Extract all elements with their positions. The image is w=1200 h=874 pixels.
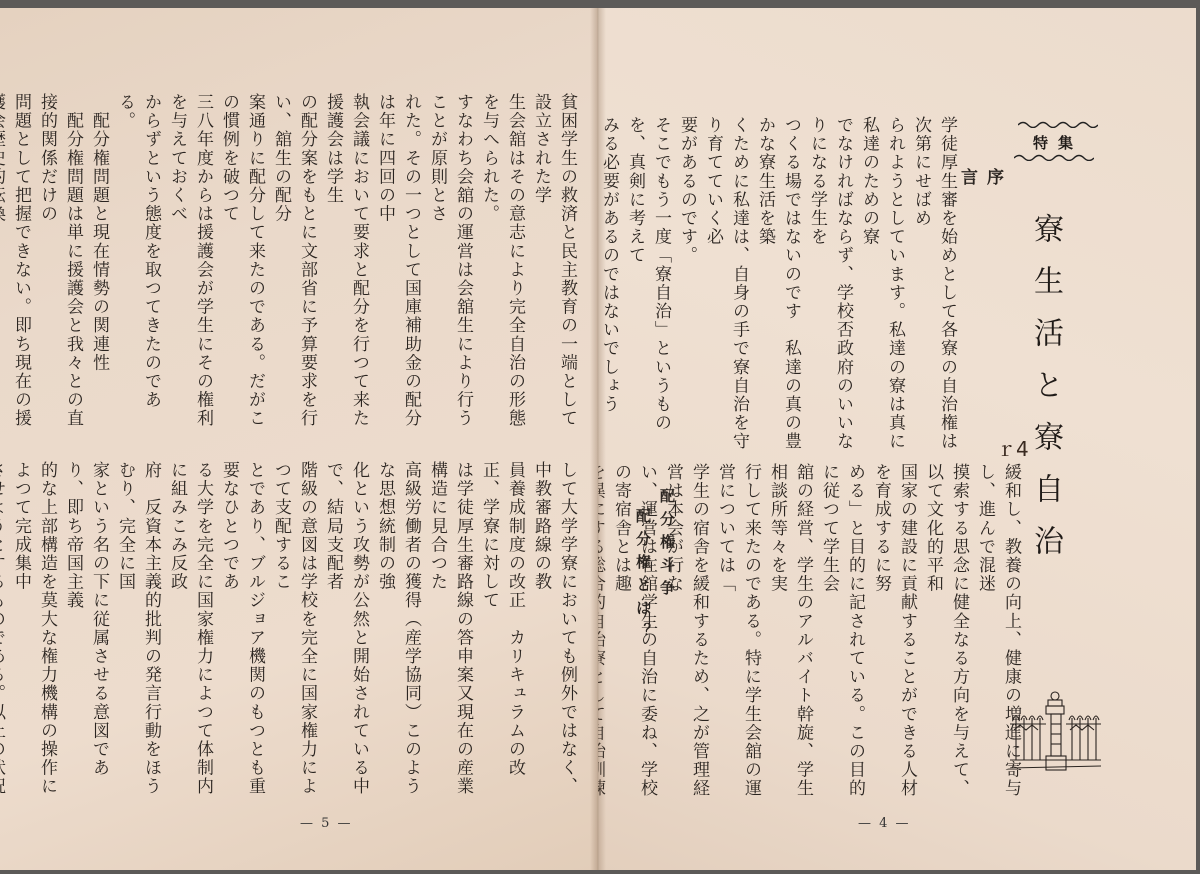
right-page-upper-text: 学徒厚生審を始めとして各寮の自治権は次第にせばめられようとしています。私達の寮は…: [610, 116, 960, 461]
page-number-4: — 4 —: [858, 816, 911, 831]
text-column: 生会舘はその意志により完全自治の形態を与へられた。: [476, 93, 528, 443]
wave-border-bottom: [1014, 153, 1094, 161]
text-column: 舘の経営、学生のアルバイト幹旋、学生相談所等々を実: [764, 463, 816, 813]
text-column: の配分案をもとに文部省に予算要求を行い、舘生の配分: [268, 93, 320, 443]
text-column: 家という名の下に従属させる意図であり、即ち帝国主義: [60, 461, 112, 811]
text-column: 府 反資本主義的批判の発言行動をほうむり、完全に国: [112, 461, 164, 811]
text-column: すなわち会舘の運営は会舘生により行うことが原則とさ: [424, 93, 476, 443]
text-column: 摸索する思念に健全なる方向を与えて、以て文化的平和: [920, 463, 972, 813]
gate-tower-illustration: [1008, 688, 1103, 778]
wave-border-top: [1018, 120, 1098, 128]
text-column: させようとするものである。以上の状況の中で我々の寮: [0, 461, 8, 811]
preface-column: くために私達は、自身の手で寮自治を守り育てていく必: [700, 116, 752, 461]
text-column: 配分権問題と現在情勢の関連性: [86, 93, 112, 443]
text-column: 高級労働者の獲得（産学協同）このような思想統制の強: [372, 461, 424, 811]
preface-column: 要があるのです。: [674, 116, 700, 461]
text-column: 階級の意図は学校を完全に国家権力によつて支配するこ: [268, 461, 320, 811]
preface-column: 学徒厚生審を始めとして各寮の自治権は次第にせばめ: [908, 116, 960, 461]
preface-heading: 序 言: [980, 168, 1006, 248]
text-column: 国家の建設に貢献することができる人材を育成するに努: [868, 463, 920, 813]
text-column: 行して来たのである。特に学生会舘の運営については「: [712, 463, 764, 813]
text-column: 案通りに配分して来たのである。だがこの慣例を破つて: [216, 93, 268, 443]
text-column: 貧困学生の救済と民主教育の一端として設立された学: [528, 93, 580, 443]
center-fold: [590, 8, 606, 870]
subheading-what-is-distribution: 配分権とは？: [630, 508, 656, 658]
subheading-distribution-struggle: 配分権斗争: [654, 488, 680, 618]
text-column: める」と目的に記されている。この目的に従つて学生会: [816, 463, 868, 813]
text-column: 的な上部構造を莫大な権力機構の操作によつて完成集中: [8, 461, 60, 811]
text-column: 員養成制度の改正 カリキュラムの改正、学寮に対して: [476, 461, 528, 811]
text-column: は学徒厚生審路線の答申案又現在の産業構造に見合つた: [424, 461, 476, 811]
text-column: 化という攻勢が公然と開始されている中で、結局支配者: [320, 461, 372, 811]
text-column: れた。その一つとして国庫補助金の配分は年に四回の中: [372, 93, 424, 443]
page-number-5: — 5 —: [300, 816, 353, 831]
preface-column: られようとしています。私達の寮は真に私達のための寮: [856, 116, 908, 461]
handwritten-mark: ｒ4: [996, 433, 1029, 462]
text-column: 三八年度からは援護会が学生にその権利を与えておくべ: [164, 93, 216, 443]
main-title: 寮生活と寮自治: [1023, 213, 1067, 633]
preface-column: そこでもう一度「寮自治」というものを、真剣に考えて: [622, 116, 674, 461]
text-column: 配分権問題は単に援護会と我々との直接的関係だけの: [34, 93, 86, 443]
left-page-upper-text: 貧困学生の救済と民主教育の一端として設立された学生会舘はその意志により完全自治の…: [60, 93, 580, 443]
text-column: る大学を完全に国家権力によつて体制内に組みこみ反政: [164, 461, 216, 811]
text-column: 問題として把握できない。即ち現在の援護会歴史的転換: [0, 93, 34, 443]
text-column: からずという態度を取つてきたのである。: [112, 93, 164, 443]
page-4: 特集 寮生活と寮自治 ｒ4 序 言 学徒厚生審を始めとして各寮の自治権は次第にせ…: [598, 8, 1196, 870]
booklet-spread: 貧困学生の救済と民主教育の一端として設立された学生会舘はその意志により完全自治の…: [0, 8, 1196, 870]
feature-label: 特集: [1018, 132, 1098, 153]
text-column: とであり、ブルジョア機関のもつとも重要なひとつであ: [216, 461, 268, 811]
preface-column: つくる場ではないのです 私達の真の豊かな寮生活を築: [752, 116, 804, 461]
text-column: して大学学寮においても例外ではなく、中教審路線の教: [528, 461, 580, 811]
preface-column: でなければならず、学校否政府のいいなりになる学生を: [804, 116, 856, 461]
page-5: 貧困学生の救済と民主教育の一端として設立された学生会舘はその意志により完全自治の…: [0, 8, 598, 870]
left-page-lower-text: して大学学寮においても例外ではなく、中教審路線の教員養成制度の改正 カリキュラム…: [60, 461, 580, 811]
text-column: 執会議において要求と配分を行つて来た 援護会は学生: [320, 93, 372, 443]
